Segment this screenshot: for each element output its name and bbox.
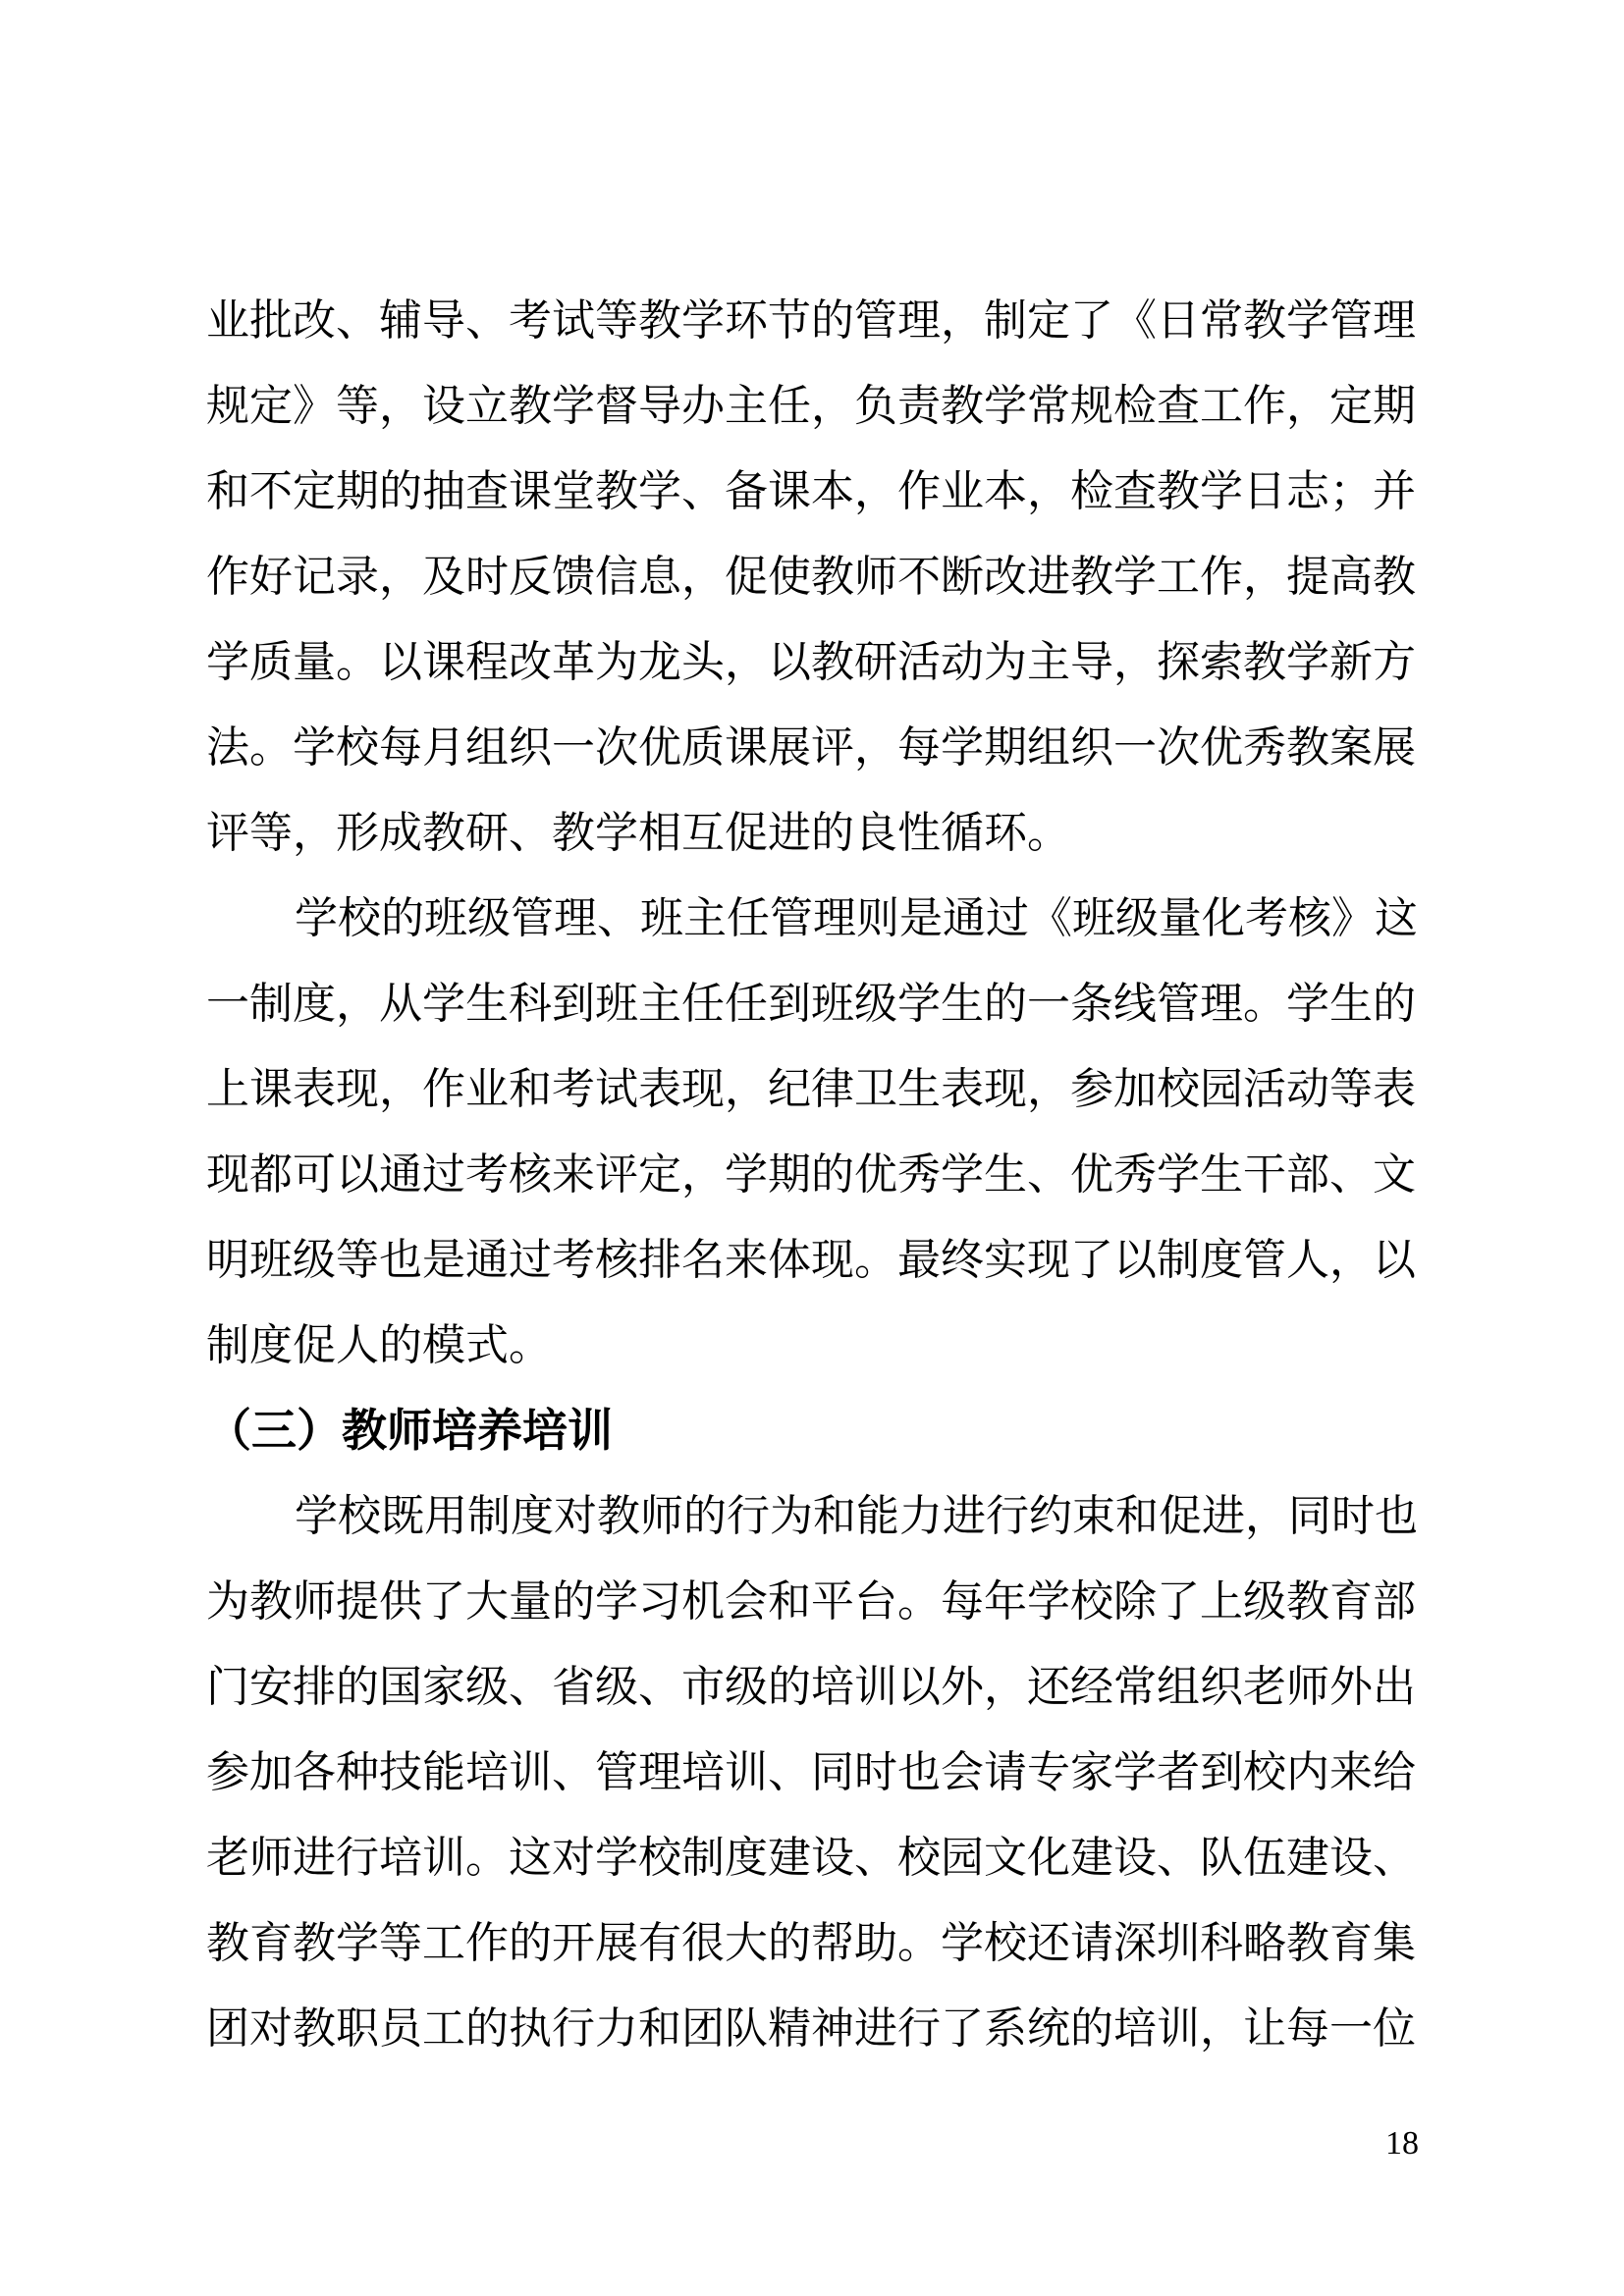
text-line: 学校的班级管理、班主任管理则是通过《班级量化考核》这 xyxy=(206,876,1416,961)
text-line: 规定》等，设立教学督导办主任，负责教学常规检查工作，定期 xyxy=(206,363,1416,449)
text-line: 制度促人的模式。 xyxy=(206,1303,1416,1388)
text-line: 作好记录，及时反馈信息，促使教师不断改进教学工作，提高教 xyxy=(206,534,1416,619)
text-line: 和不定期的抽查课堂教学、备课本，作业本，检查教学日志；并 xyxy=(206,449,1416,534)
section-heading: （三）教师培养培训 xyxy=(206,1388,1416,1473)
text-line: 教育教学等工作的开展有很大的帮助。学校还请深圳科略教育集 xyxy=(206,1900,1416,1986)
page-number: 18 xyxy=(206,2124,1419,2163)
text-line: 业批改、辅导、考试等教学环节的管理，制定了《日常教学管理 xyxy=(206,278,1416,363)
text-line: 一制度，从学生科到班主任任到班级学生的一条线管理。学生的 xyxy=(206,961,1416,1046)
text-line: 学校既用制度对教师的行为和能力进行约束和促进，同时也 xyxy=(206,1473,1416,1559)
text-line: 为教师提供了大量的学习机会和平台。每年学校除了上级教育部 xyxy=(206,1559,1416,1644)
document-page: 业批改、辅导、考试等教学环节的管理，制定了《日常教学管理 规定》等，设立教学督导… xyxy=(0,0,1624,2296)
text-line: 老师进行培训。这对学校制度建设、校园文化建设、队伍建设、 xyxy=(206,1815,1416,1900)
text-line: 团对教职员工的执行力和团队精神进行了系统的培训，让每一位 xyxy=(206,1986,1416,2071)
text-line: 上课表现，作业和考试表现，纪律卫生表现，参加校园活动等表 xyxy=(206,1046,1416,1132)
text-line: 法。学校每月组织一次优质课展评，每学期组织一次优秀教案展 xyxy=(206,705,1416,790)
text-line: 门安排的国家级、省级、市级的培训以外，还经常组织老师外出 xyxy=(206,1644,1416,1730)
text-block: 业批改、辅导、考试等教学环节的管理，制定了《日常教学管理 规定》等，设立教学督导… xyxy=(206,278,1416,2071)
text-line: 参加各种技能培训、管理培训、同时也会请专家学者到校内来给 xyxy=(206,1730,1416,1815)
text-line: 学质量。以课程改革为龙头，以教研活动为主导，探索教学新方 xyxy=(206,619,1416,705)
text-line: 现都可以通过考核来评定，学期的优秀学生、优秀学生干部、文 xyxy=(206,1132,1416,1217)
text-line: 评等，形成教研、教学相互促进的良性循环。 xyxy=(206,790,1416,876)
text-line: 明班级等也是通过考核排名来体现。最终实现了以制度管人，以 xyxy=(206,1217,1416,1303)
